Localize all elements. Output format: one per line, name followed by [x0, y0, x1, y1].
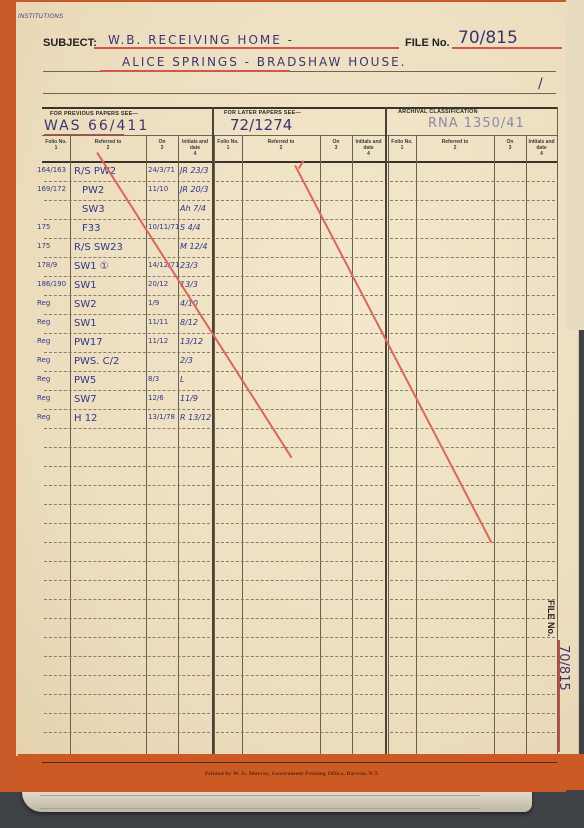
- row-rule: [216, 580, 383, 581]
- archival-classification-value: RNA 1350/41: [428, 116, 525, 131]
- row-rule: [216, 257, 383, 258]
- row-rule: [390, 390, 555, 391]
- entry-folio: 178/9: [37, 261, 57, 269]
- row-rule: [44, 409, 210, 410]
- row-rule: [44, 675, 210, 676]
- row-rule: [44, 504, 210, 505]
- row-rule: [44, 390, 210, 391]
- entry-referred-to: SW1 ①: [74, 261, 109, 272]
- entry-referred-to: R/S SW23: [74, 242, 123, 253]
- row-rule: [44, 637, 210, 638]
- row-rule: [216, 276, 383, 277]
- section-divider: [42, 135, 557, 136]
- column-divider: [385, 107, 387, 754]
- row-rule: [390, 599, 555, 600]
- row-rule: [44, 352, 210, 353]
- entry-folio: 175: [37, 223, 50, 231]
- row-rule: [390, 637, 555, 638]
- entry-referred-to: SW1: [74, 280, 97, 291]
- row-rule: [44, 238, 210, 239]
- row-rule: [216, 732, 383, 733]
- entry-initials: 13/12: [180, 337, 203, 346]
- row-rule: [390, 257, 555, 258]
- row-rule: [216, 656, 383, 657]
- entry-initials: R 13/12: [180, 413, 211, 422]
- row-rule: [44, 371, 210, 372]
- entry-initials: M 12/4: [180, 242, 207, 251]
- entry-folio: Reg: [37, 394, 50, 402]
- row-rule: [44, 181, 210, 182]
- col-header-later-1: Folio No.1: [214, 139, 242, 151]
- row-rule: [216, 637, 383, 638]
- row-rule: [216, 314, 383, 315]
- row-rule: [44, 276, 210, 277]
- entry-referred-to: H 12: [74, 413, 97, 424]
- file-no-value: 70/815: [458, 28, 518, 48]
- row-rule: [216, 713, 383, 714]
- row-rule: [44, 580, 210, 581]
- row-rule: [390, 295, 555, 296]
- entry-on-date: 13/1/78: [148, 413, 175, 421]
- column-divider: [416, 135, 417, 754]
- underlying-papers-edge: [40, 795, 480, 809]
- entry-initials: 11/9: [180, 394, 198, 403]
- row-rule: [44, 618, 210, 619]
- previous-papers-value: WAS 66/411: [44, 118, 149, 134]
- entry-initials: JR 20/3: [180, 185, 208, 194]
- entry-on-date: 8/3: [148, 375, 159, 383]
- row-rule: [216, 219, 383, 220]
- row-rule: [216, 694, 383, 695]
- column-divider: [352, 135, 353, 754]
- row-rule: [44, 523, 210, 524]
- row-rule: [216, 371, 383, 372]
- col-header-later-3: On3: [320, 139, 352, 151]
- col-header-previous-2: Referred to2: [70, 139, 146, 151]
- row-rule: [216, 352, 383, 353]
- entry-on-date: 10/11/71: [148, 223, 179, 231]
- page-torn-edge: [566, 0, 584, 330]
- row-rule: [216, 390, 383, 391]
- entry-initials: 23/3: [180, 261, 198, 270]
- row-rule: [390, 447, 555, 448]
- entry-on-date: 12/6: [148, 394, 164, 402]
- column-divider: [388, 135, 389, 754]
- column-divider: [214, 135, 215, 754]
- row-rule: [44, 542, 210, 543]
- row-rule: [390, 352, 555, 353]
- row-rule: [390, 276, 555, 277]
- entry-folio: 169/172: [37, 185, 66, 193]
- row-rule: [390, 333, 555, 334]
- archival-classification-title: ARCHIVAL CLASSIFICATION: [398, 109, 478, 115]
- institution-note: INSTITUTIONS: [18, 14, 63, 20]
- entry-referred-to: F33: [82, 223, 100, 234]
- row-rule: [390, 561, 555, 562]
- row-rule: [44, 295, 210, 296]
- row-rule: [44, 656, 210, 657]
- row-rule: [390, 618, 555, 619]
- file-no-underline: [452, 47, 562, 49]
- row-rule: [44, 694, 210, 695]
- row-rule: [390, 580, 555, 581]
- entry-on-date: 24/3/71: [148, 166, 175, 174]
- part-mark: /: [538, 76, 543, 92]
- entry-folio: 186/190: [37, 280, 66, 288]
- row-rule: [216, 618, 383, 619]
- entry-on-date: 11/12: [148, 337, 168, 345]
- row-rule: [44, 219, 210, 220]
- subject-underline-2: [100, 70, 290, 72]
- row-rule: [390, 466, 555, 467]
- row-rule: [44, 732, 210, 733]
- row-rule: [216, 200, 383, 201]
- entry-referred-to: SW3: [82, 204, 105, 215]
- row-rule: [44, 257, 210, 258]
- subject-rule-3: [43, 93, 556, 94]
- row-rule: [390, 409, 555, 410]
- entry-on-date: 11/10: [148, 185, 168, 193]
- col-header-previous-3: On3: [146, 139, 178, 151]
- row-rule: [216, 561, 383, 562]
- entry-referred-to: PW17: [74, 337, 103, 348]
- entry-referred-to: SW2: [74, 299, 97, 310]
- column-divider: [320, 135, 321, 754]
- row-rule: [216, 542, 383, 543]
- row-rule: [44, 599, 210, 600]
- entry-initials: L: [180, 375, 184, 384]
- entry-on-date: 11/11: [148, 318, 168, 326]
- row-rule: [216, 523, 383, 524]
- row-rule: [216, 485, 383, 486]
- col-header-archival-4: Initials and date4: [526, 139, 557, 157]
- row-rule: [44, 333, 210, 334]
- subject-line-2: ALICE SPRINGS - BRADSHAW HOUSE.: [122, 55, 406, 69]
- entry-on-date: 14/12/71: [148, 261, 179, 269]
- row-rule: [44, 314, 210, 315]
- footer-rule: [42, 762, 557, 763]
- subject-underline-1: [94, 47, 399, 49]
- entry-on-date: 20/12: [148, 280, 168, 288]
- column-divider: [494, 135, 495, 754]
- subject-line-1: W.B. RECEIVING HOME -: [108, 33, 294, 47]
- entry-referred-to: SW1: [74, 318, 97, 329]
- entry-on-date: 1/9: [148, 299, 159, 307]
- row-rule: [390, 181, 555, 182]
- row-rule: [216, 447, 383, 448]
- row-rule: [390, 371, 555, 372]
- row-rule: [390, 219, 555, 220]
- row-rule: [216, 466, 383, 467]
- row-rule: [216, 599, 383, 600]
- entry-folio: Reg: [37, 318, 50, 326]
- row-rule: [390, 428, 555, 429]
- entry-initials: JR 23/3: [180, 166, 208, 175]
- side-file-no-value: 70/815: [556, 645, 571, 691]
- col-header-archival-2: Referred to2: [416, 139, 494, 151]
- row-rule: [216, 504, 383, 505]
- col-header-previous-4: Initials and date4: [178, 139, 212, 157]
- column-divider: [526, 135, 527, 754]
- col-header-archival-3: On3: [494, 139, 526, 151]
- column-divider: [70, 135, 71, 754]
- entry-referred-to: SW7: [74, 394, 97, 405]
- entry-folio: Reg: [37, 413, 50, 421]
- row-rule: [390, 485, 555, 486]
- entry-referred-to: PW2: [82, 185, 104, 196]
- row-rule: [44, 713, 210, 714]
- row-rule: [44, 466, 210, 467]
- row-rule: [390, 656, 555, 657]
- row-rule: [44, 447, 210, 448]
- entry-initials: S 4/4: [180, 223, 201, 232]
- entry-folio: 175: [37, 242, 50, 250]
- entry-initials: 2/3: [180, 356, 193, 365]
- col-header-previous-1: Folio No.1: [42, 139, 70, 151]
- row-rule: [44, 428, 210, 429]
- row-rule: [390, 314, 555, 315]
- row-rule: [390, 732, 555, 733]
- entry-referred-to: PW5: [74, 375, 96, 386]
- later-papers-value: 72/1274: [230, 116, 292, 134]
- row-rule: [216, 181, 383, 182]
- row-rule: [216, 409, 383, 410]
- row-rule: [390, 200, 555, 201]
- row-rule: [44, 485, 210, 486]
- entry-folio: Reg: [37, 337, 50, 345]
- column-divider: [242, 135, 243, 754]
- side-file-no-label: FILE No.: [546, 600, 556, 637]
- row-rule: [216, 428, 383, 429]
- entry-folio: 164/163: [37, 166, 66, 174]
- row-rule: [44, 561, 210, 562]
- row-rule: [216, 238, 383, 239]
- row-rule: [390, 713, 555, 714]
- entry-referred-to: PWS. C/2: [74, 356, 119, 367]
- printer-imprint: Printed by W. G. Murray, Government Prin…: [0, 771, 584, 777]
- row-rule: [390, 675, 555, 676]
- entry-initials: 8/12: [180, 318, 198, 327]
- entry-initials: Ah 7/4: [180, 204, 206, 213]
- previous-papers-title: FOR PREVIOUS PAPERS SEE—: [50, 111, 138, 117]
- row-rule: [216, 333, 383, 334]
- col-header-archival-1: Folio No.1: [388, 139, 416, 151]
- row-rule: [216, 675, 383, 676]
- row-rule: [390, 694, 555, 695]
- entry-folio: Reg: [37, 375, 50, 383]
- table-top-rule: [42, 107, 557, 109]
- col-header-later-2: Referred to2: [242, 139, 320, 151]
- row-rule: [390, 542, 555, 543]
- row-rule: [216, 295, 383, 296]
- col-header-later-4: Initials and date4: [352, 139, 385, 157]
- row-rule: [390, 523, 555, 524]
- row-rule: [390, 238, 555, 239]
- entry-folio: Reg: [37, 299, 50, 307]
- subject-label: SUBJECT:: [43, 37, 97, 49]
- file-no-label: FILE No.: [405, 37, 450, 49]
- entry-folio: Reg: [37, 356, 50, 364]
